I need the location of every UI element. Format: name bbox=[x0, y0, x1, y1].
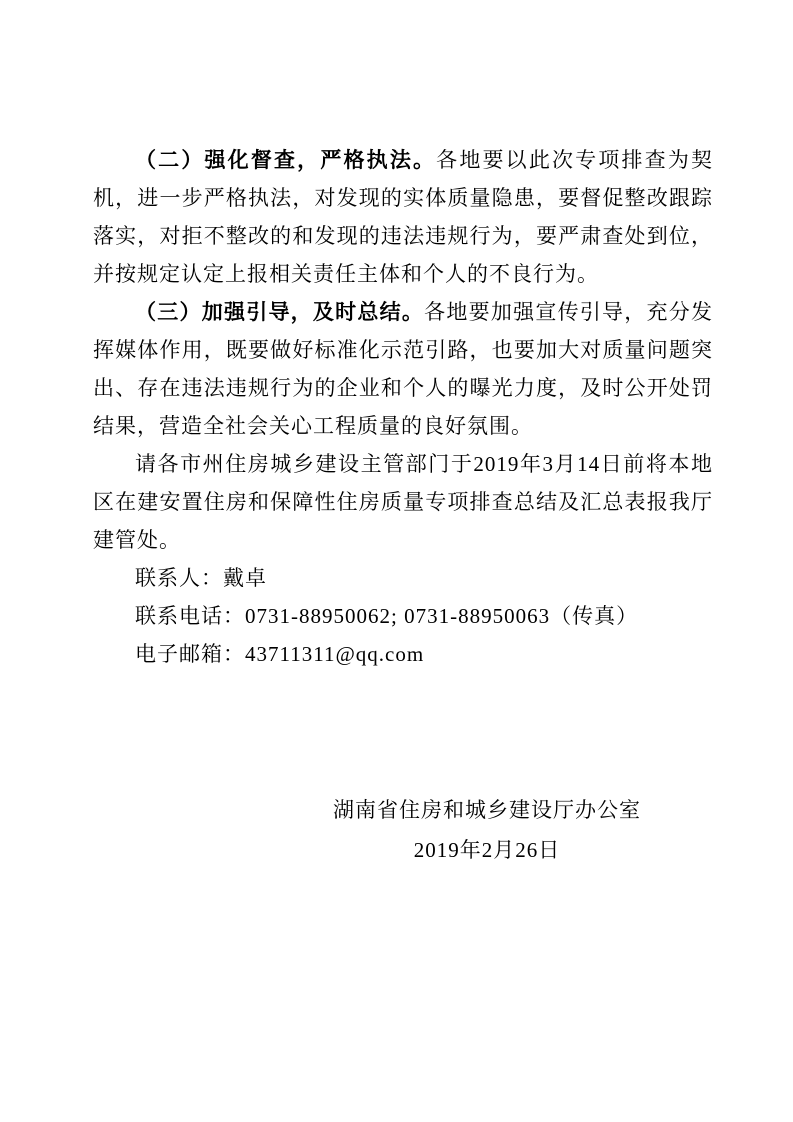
paragraph-supervision: （二）强化督查，严格执法。各地要以此次专项排查为契机，进一步严格执法，对发现的实… bbox=[93, 141, 713, 293]
document-body: （二）强化督查，严格执法。各地要以此次专项排查为契机，进一步严格执法，对发现的实… bbox=[93, 141, 713, 673]
contact-email: 电子邮箱：43711311@qq.com bbox=[93, 635, 713, 673]
paragraph-guidance: （三）加强引导，及时总结。各地要加强宣传引导，充分发挥媒体作用，既要做好标准化示… bbox=[93, 293, 713, 445]
contact-person: 联系人：戴卓 bbox=[93, 559, 713, 597]
contact-phone: 联系电话：0731-88950062; 0731-88950063（传真） bbox=[93, 597, 713, 635]
document-page: （二）强化督查，严格执法。各地要以此次专项排查为契机，进一步严格执法，对发现的实… bbox=[0, 0, 793, 1122]
signature-block: 湖南省住房和城乡建设厅办公室 2019年2月26日 bbox=[181, 790, 793, 870]
signature-org: 湖南省住房和城乡建设厅办公室 bbox=[181, 790, 793, 830]
paragraph-heading: （二）强化督查，严格执法。 bbox=[135, 148, 436, 172]
paragraph-heading: （三）加强引导，及时总结。 bbox=[135, 300, 424, 324]
paragraph-deadline: 请各市州住房城乡建设主管部门于2019年3月14日前将本地区在建安置住房和保障性… bbox=[93, 445, 713, 559]
paragraph-text: 请各市州住房城乡建设主管部门于2019年3月14日前将本地区在建安置住房和保障性… bbox=[93, 452, 713, 552]
signature-date: 2019年2月26日 bbox=[181, 830, 793, 870]
